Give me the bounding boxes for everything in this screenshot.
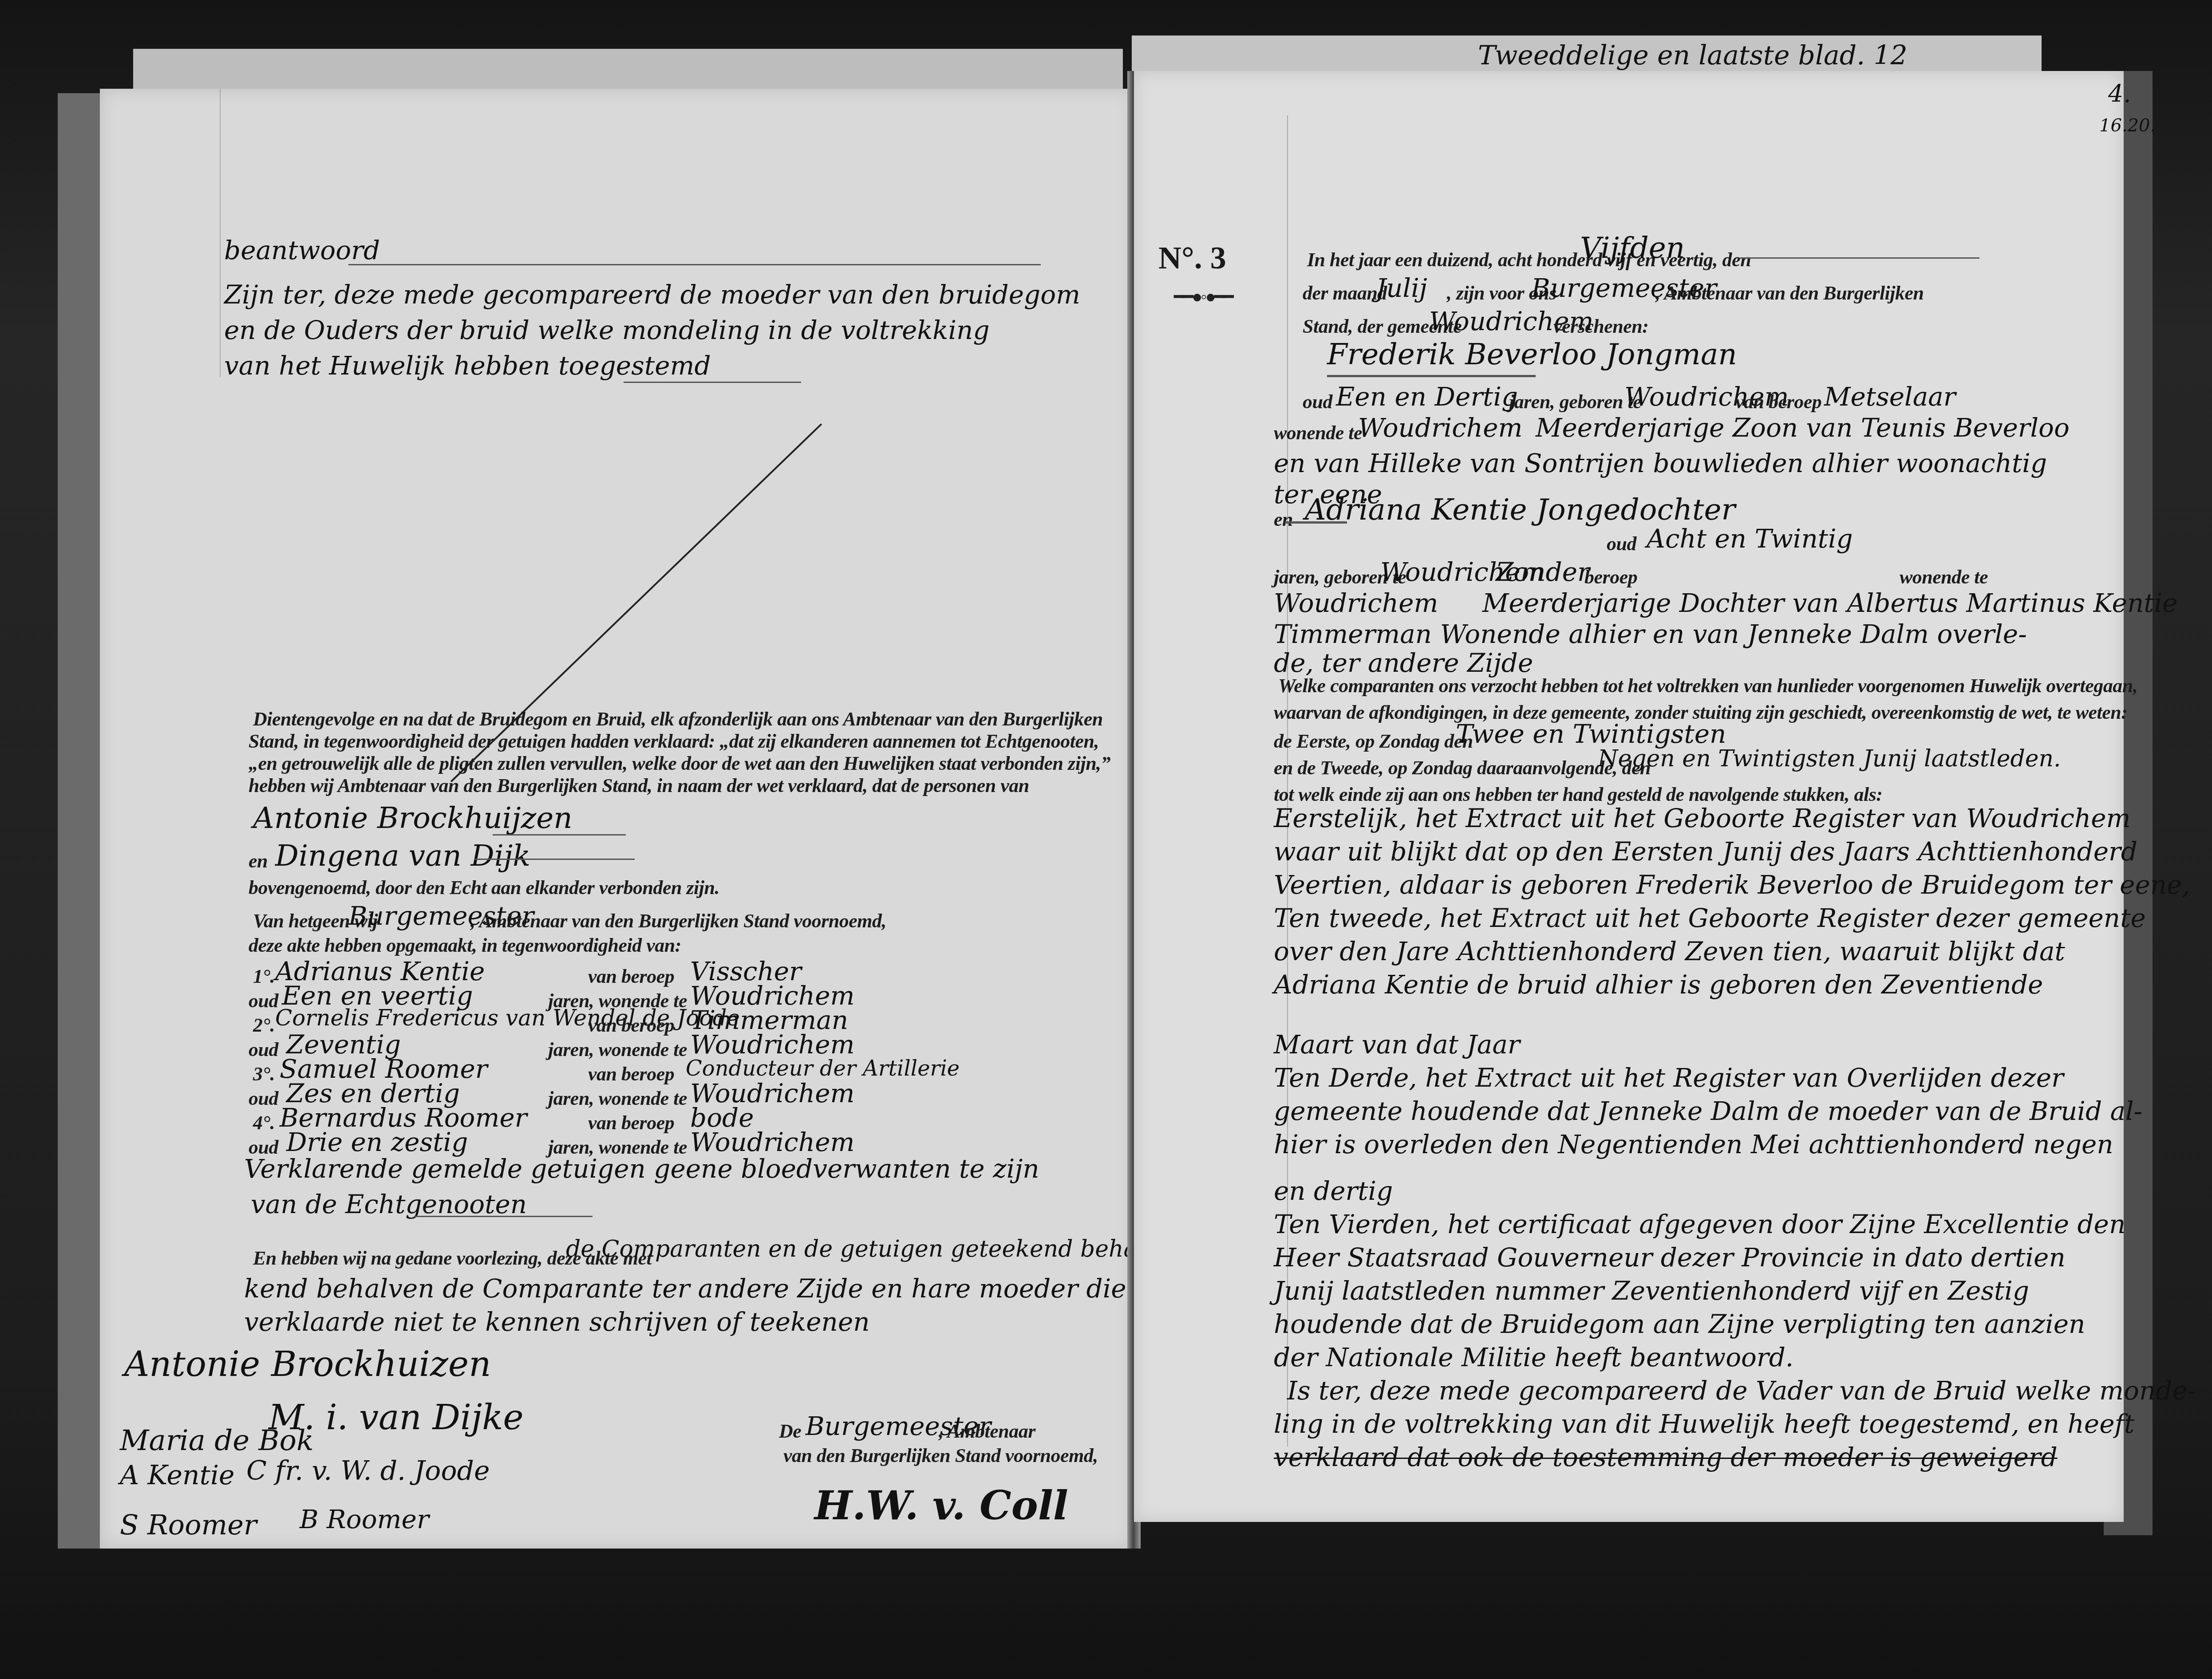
- document-line: Is ter, deze mede gecompareerd de Vader …: [1287, 1376, 2196, 1406]
- ambtenaar-voornoemd-text: , Ambtenaar van den Burgerlijken Stand v…: [470, 910, 886, 932]
- fill-rule: [493, 834, 626, 836]
- document-line: gemeente houdende dat Jenneke Dalm de mo…: [1274, 1096, 2142, 1126]
- document-line: over den Jare Achttienhonderd Zeven tien…: [1274, 936, 2065, 966]
- witness-number: 3°.: [253, 1063, 275, 1085]
- date-day: Vijfden: [1580, 231, 1685, 265]
- witness-note-line-1: Verklarende gemelde getuigen geene bloed…: [244, 1154, 1039, 1184]
- document-line: hier is overleden den Negentienden Mei a…: [1274, 1129, 2113, 1159]
- fill-rule: [415, 1216, 592, 1217]
- oud-label: oud: [249, 1038, 278, 1061]
- tweede-date: Negen en Twintigsten Junij laatstleden.: [1598, 745, 2061, 772]
- van-beroep-label: van beroep: [1735, 390, 1821, 413]
- bride-residence: Woudrichem: [1274, 588, 1438, 618]
- witness-age: Drie en zestig: [286, 1127, 468, 1157]
- tweede-label: en de Tweede, op Zondag daaraanvolgende,…: [1274, 757, 1651, 779]
- burgemeester-line-2: van den Burgerlijken Stand voornoemd,: [783, 1444, 1098, 1467]
- document-line: Ten Vierden, het certificaat afgegeven d…: [1274, 1209, 2125, 1239]
- bride-age: Acht en Twintig: [1647, 524, 1853, 554]
- oud-label: oud: [249, 1087, 278, 1110]
- signature-a-kentie: A Kentie: [120, 1460, 235, 1491]
- bride-relation: Meerderjarige Dochter van Albertus Marti…: [1482, 588, 2177, 618]
- bride-parents-line-3: de, ter andere Zijde: [1274, 648, 1533, 678]
- fill-rule: [1740, 257, 1979, 259]
- folio-number: 4.: [2108, 80, 2131, 108]
- month: Julij: [1376, 273, 1427, 303]
- page-stack-left-edge: [58, 93, 102, 1549]
- signature-b-roomer: B Roomer: [300, 1504, 429, 1534]
- document-line: Veertien, aldaar is geboren Frederik Bev…: [1274, 870, 2190, 900]
- printed-paragraph-line-2: Stand, in tegenwoordigheid der getuigen …: [249, 730, 1099, 753]
- oud-label: oud: [249, 989, 278, 1012]
- eerste-label: de Eerste, op Zondag den: [1274, 730, 1473, 753]
- document-line: Ten tweede, het Extract uit het Geboorte…: [1274, 903, 2146, 933]
- groom-age: Een en Dertig: [1336, 382, 1518, 412]
- continuation-line-4: van het Huwelijk hebben toegestemd: [224, 351, 711, 381]
- document-line: Ten Derde, het Extract uit het Register …: [1274, 1063, 2064, 1093]
- groom-name-right: Frederik Beverloo Jongman: [1327, 337, 1737, 371]
- wonende-te-label: wonende te: [1900, 566, 1988, 588]
- bride-parents-line-2: Timmerman Wonende alhier en van Jenneke …: [1274, 619, 2027, 649]
- jaren-geboren-label: jaren, geboren te: [1509, 390, 1641, 413]
- left-page: beantwoord Zijn ter, deze mede gecompare…: [100, 89, 1134, 1549]
- witness-number: 4°.: [253, 1111, 275, 1134]
- printed-paragraph-line-4: hebben wij Ambtenaar van den Burgerlijke…: [249, 774, 1029, 797]
- groom-name: Antonie Brockhuijzen: [253, 801, 573, 835]
- burgemeester-suffix: , Ambtenaar: [939, 1420, 1035, 1443]
- tot-welk-text: tot welk einde zij aan ons hebben ter ha…: [1274, 783, 1883, 806]
- signature-groom: Antonie Brockhuizen: [124, 1344, 491, 1384]
- akte-opgemaakt-text: deze akte hebben opgemaakt, in tegenwoor…: [249, 934, 681, 957]
- bride-name: Dingena van Dijk: [275, 839, 530, 873]
- fill-rule: [475, 859, 635, 860]
- van-beroep-label: van beroep: [588, 965, 674, 988]
- akte-number: N°. 3: [1158, 240, 1226, 276]
- van-beroep-label: van beroep: [588, 1063, 674, 1085]
- fill-rule: [624, 382, 801, 383]
- continuation-line-2: Zijn ter, deze mede gecompareerd de moed…: [224, 280, 1080, 310]
- en-label: en: [1274, 508, 1293, 531]
- verschenen-label: verschenen:: [1553, 315, 1648, 338]
- oud-label: oud: [1303, 390, 1332, 413]
- continuation-line-3: en de Ouders der bruid welke mondeling i…: [224, 315, 990, 345]
- witness-number: 2°.: [253, 1014, 275, 1037]
- welke-text: Welke comparanten ons verzocht hebben to…: [1278, 674, 2137, 697]
- document-line: ling in de voltrekking van dit Huwelijk …: [1274, 1409, 2134, 1439]
- document-line: Heer Staatsraad Gouverneur dezer Provinc…: [1274, 1242, 2066, 1273]
- witness-residence: Woudrichem: [690, 1029, 855, 1060]
- witness-note-line-2: van de Echtgenooten: [251, 1189, 527, 1219]
- van-beroep-label: van beroep: [588, 1111, 674, 1134]
- burgemeester-prefix: De: [779, 1420, 801, 1443]
- folio-sub-number: 16.20.: [2099, 115, 2156, 136]
- fill-rule: [348, 264, 1041, 265]
- groom-parents-line-2: en van Hilleke van Sontrijen bouwlieden …: [1274, 448, 2047, 478]
- document-line: en dertig: [1274, 1176, 1393, 1206]
- groom-relation: Meerderjarige Zoon van Teunis Beverloo: [1536, 413, 2070, 443]
- eerste-date: Twee en Twintigsten: [1456, 719, 1726, 749]
- signature-s-roomer: S Roomer: [120, 1509, 257, 1541]
- signature-maria-de-bok: Maria de Bok: [120, 1424, 314, 1457]
- document-line: houdende dat de Bruidegom aan Zijne verp…: [1274, 1309, 2085, 1339]
- printed-paragraph-line-3: „en getrouwelijk alle de pligten zullen …: [249, 752, 1110, 775]
- document-line: Maart van dat Jaar: [1274, 1029, 1520, 1060]
- bride-occupation: Zonder: [1496, 557, 1590, 587]
- document-line: der Nationale Militie heeft beantwoord.: [1274, 1342, 1793, 1372]
- signature-joode: C fr. v. W. d. Joode: [246, 1455, 490, 1486]
- jaren-wonende-label: jaren, wonende te: [548, 1087, 687, 1110]
- oud-label: oud: [1607, 532, 1636, 555]
- jaren-wonende-label: jaren, wonende te: [548, 1038, 687, 1061]
- witness-residence: Woudrichem: [690, 1127, 855, 1157]
- document-line: waar uit blijkt dat op den Eersten Junij…: [1274, 836, 2137, 867]
- document-line: Junij laatstleden nummer Zeventienhonder…: [1274, 1276, 2029, 1306]
- document-line: Adriana Kentie de bruid alhier is gebore…: [1274, 970, 2043, 1000]
- continuation-line-1: beantwoord: [224, 235, 380, 265]
- underline: [1327, 375, 1536, 377]
- groom-occupation: Metselaar: [1824, 382, 1956, 412]
- bride-name-right: Adriana Kentie Jongedochter: [1305, 493, 1735, 527]
- struck-through-line: verklaard dat ook de toestemming der moe…: [1274, 1442, 2058, 1472]
- document-line: Eerstelijk, het Extract uit het Geboorte…: [1274, 803, 2131, 833]
- der-maand-label: der maand: [1303, 282, 1387, 304]
- witness-occupation: Conducteur der Artillerie: [686, 1056, 960, 1081]
- voorlezing-line-2: kend behalven de Comparante ter andere Z…: [244, 1273, 1126, 1304]
- voorlezing-line-3: verklaarde niet te kennen schrijven of t…: [244, 1307, 870, 1337]
- bovengenoemd-text: bovengenoemd, door den Echt aan elkander…: [249, 876, 719, 899]
- beroep-label: beroep: [1584, 566, 1637, 588]
- wonende-te-label: wonende te: [1274, 422, 1362, 444]
- groom-residence: Woudrichem: [1358, 413, 1523, 443]
- ambtenaar-label: , Ambtenaar van den Burgerlijken: [1655, 282, 1924, 304]
- printed-paragraph-line-1: Dientengevolge en na dat de Bruidegom en…: [253, 708, 1103, 730]
- header-note: Tweeddelige en laatste blad. 12: [1478, 40, 1908, 71]
- signature-official: H.W. v. Coll: [814, 1482, 1068, 1529]
- en-label: en: [249, 850, 268, 872]
- underline: [1285, 521, 1347, 524]
- van-beroep-label: van beroep: [588, 1014, 674, 1037]
- witness-number: 1°.: [253, 965, 275, 988]
- ornament-divider-icon: ━━●◦●━━: [1174, 286, 1232, 307]
- margin-rule: [220, 89, 221, 377]
